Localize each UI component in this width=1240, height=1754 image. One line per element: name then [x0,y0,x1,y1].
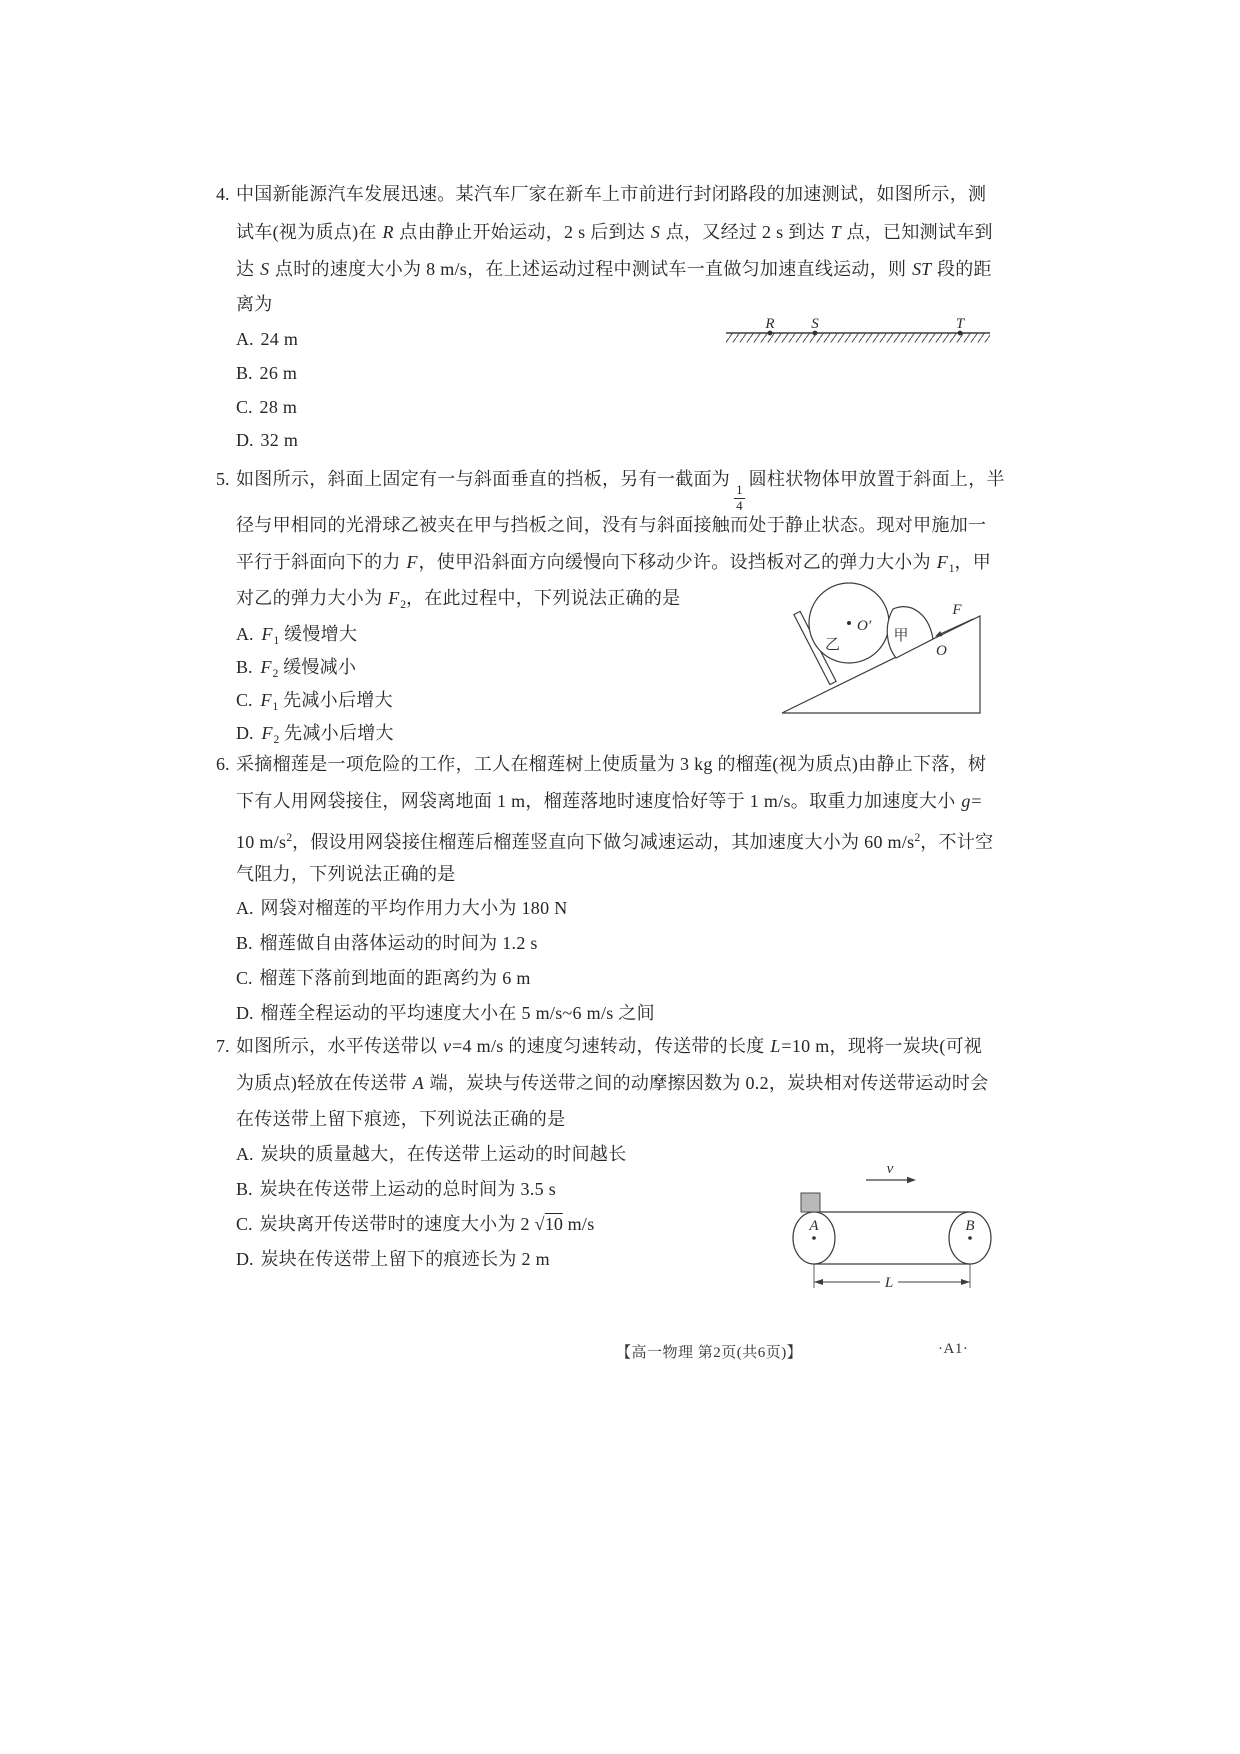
q6-number: 6. [216,752,230,776]
q7-stem-line-1: 7.如图所示，水平传送带以 v=4 m/s 的速度匀速转动，传送带的长度 L=1… [236,1034,982,1060]
q5-stem-line-2: 径与甲相同的光滑球乙被夹在甲与挡板之间，没有与斜面接触而处于静止状态。现对甲施加… [236,513,986,539]
q7-stem-line-2: 为质点)轻放在传送带 A 端，炭块与传送带之间的动摩擦因数为 0.2，炭块相对传… [236,1071,989,1097]
q7-option-d-label: D. [236,1249,254,1269]
q6-stem-text-2: 下有人用网袋接住，网袋离地面 1 m，榴莲落地时速度恰好等于 1 m/s。取重力… [236,791,982,811]
q5-fig-label-center: O′ [857,618,872,634]
q6-stem-text-3: 10 m/s2，假设用网袋接住榴莲后榴莲竖直向下做匀减速运动，其加速度大小为 6… [236,832,993,852]
q4-option-b: B.26 m [236,361,297,387]
q6-option-c-label: C. [236,968,253,988]
q4-option-a-text: 24 m [261,329,299,349]
q4-option-b-label: B. [236,363,253,383]
q4-fig-point-r [768,331,773,336]
q7-option-d-text: 炭块在传送带上留下的痕迹长为 2 m [261,1249,550,1269]
q6-option-d-text: 榴莲全程运动的平均速度大小在 5 m/s~6 m/s 之间 [261,1003,655,1023]
q4-stem-text-1: 中国新能源汽车发展迅速。某汽车厂家在新车上市前进行封闭路段的加速测试，如图所示，… [236,184,986,204]
q7-conveyor-figure: A B v L [780,1160,1005,1305]
q6-option-d: D.榴莲全程运动的平均速度大小在 5 m/s~6 m/s 之间 [236,1001,655,1027]
q6-option-a-label: A. [236,898,254,918]
q7-fig-block [801,1193,820,1212]
q4-fig-label-t: T [956,316,966,332]
q4-stem-line-2: 试车(视为质点)在 R 点由静止开始运动，2 s 后到达 S 点，又经过 2 s… [236,220,993,246]
q5-fig-center-dot [847,621,851,625]
q7-fig-label-b: B [965,1218,974,1234]
q7-option-d: D.炭块在传送带上留下的痕迹长为 2 m [236,1247,550,1273]
q5-option-b-label: B. [236,657,253,677]
q6-option-b-text: 榴莲做自由落体运动的时间为 1.2 s [260,933,538,953]
q5-option-d-text: F2 先减小后增大 [261,723,394,743]
q7-option-a-text: 炭块的质量越大，在传送带上运动的时间越长 [261,1144,627,1164]
q6-option-c: C.榴莲下落前到地面的距离约为 6 m [236,966,531,992]
q6-option-d-label: D. [236,1003,254,1023]
q7-fig-label-v: v [887,1161,894,1177]
q4-option-c-text: 28 m [260,397,298,417]
q7-stem-text-1: 如图所示，水平传送带以 v=4 m/s 的速度匀速转动，传送带的长度 L=10 … [236,1036,982,1056]
q5-incline-figure: O′ 乙 甲 F O [770,573,998,730]
q7-fig-right-pulley-dot [968,1236,972,1240]
q6-stem-line-2: 下有人用网袋接住，网袋离地面 1 m，榴莲落地时速度恰好等于 1 m/s。取重力… [236,789,982,815]
q4-option-a-label: A. [236,329,254,349]
q4-fig-point-s [813,331,818,336]
q5-option-a-text: F1 缓慢增大 [261,624,358,644]
q5-stem-text-3: 平行于斜面向下的力 F，使甲沿斜面方向缓慢向下移动少许。设挡板对乙的弹力大小为 … [236,552,991,572]
q6-stem-text-4: 气阻力，下列说法正确的是 [236,864,456,884]
q5-fig-force-arrowhead [935,631,943,637]
q5-option-c-text: F1 先减小后增大 [260,690,393,710]
q5-stem-text-4: 对乙的弹力大小为 F2，在此过程中，下列说法正确的是 [236,588,680,608]
q7-number: 7. [216,1034,230,1058]
q7-option-b: B.炭块在传送带上运动的总时间为 3.5 s [236,1177,556,1203]
q4-road-figure: R S T [722,308,994,357]
q4-stem-text-2: 试车(视为质点)在 R 点由静止开始运动，2 s 后到达 S 点，又经过 2 s… [236,222,993,242]
q4-option-d-text: 32 m [261,430,299,450]
q4-fig-label-r: R [764,316,774,332]
q7-option-b-label: B. [236,1179,253,1199]
q6-option-a: A.网袋对榴莲的平均作用力大小为 180 N [236,896,568,922]
q4-option-c: C.28 m [236,395,297,421]
q4-stem-line-4: 离为 [236,292,273,318]
q4-option-b-text: 26 m [260,363,298,383]
footer-version-code: ·A1· [938,1341,968,1358]
q4-stem-line-3: 达 S 点时的速度大小为 8 m/s，在上述运动过程中测试车一直做匀加速直线运动… [236,257,992,283]
q7-fig-dim-arrow-left [814,1279,823,1285]
q5-option-a: A.F1 缓慢增大 [236,622,357,648]
q6-option-a-text: 网袋对榴莲的平均作用力大小为 180 N [261,898,568,918]
q4-fig-point-t [958,331,963,336]
q4-option-d: D.32 m [236,428,298,454]
q5-stem-line-4: 对乙的弹力大小为 F2，在此过程中，下列说法正确的是 [236,586,680,612]
q5-option-b-text: F2 缓慢减小 [260,657,357,677]
q7-fig-left-pulley-dot [812,1236,816,1240]
q5-option-b: B.F2 缓慢减小 [236,655,356,681]
q6-option-c-text: 榴莲下落前到地面的距离约为 6 m [260,968,531,988]
exam-page: 4.中国新能源汽车发展迅速。某汽车厂家在新车上市前进行封闭路段的加速测试，如图所… [0,0,1240,1754]
q5-option-c: C.F1 先减小后增大 [236,688,393,714]
q4-option-d-label: D. [236,430,254,450]
q4-option-a: A.24 m [236,327,298,353]
q5-option-d: D.F2 先减小后增大 [236,721,394,747]
q7-option-c: C.炭块离开传送带时的速度大小为 2 √10 m/s [236,1212,595,1238]
q6-option-b-label: B. [236,933,253,953]
q6-stem-line-4: 气阻力，下列说法正确的是 [236,862,456,888]
q7-stem-text-2: 为质点)轻放在传送带 A 端，炭块与传送带之间的动摩擦因数为 0.2，炭块相对传… [236,1073,989,1093]
q7-fig-speed-arrowhead [907,1177,916,1183]
q5-fig-label-jia: 甲 [893,627,908,644]
q5-stem-line-1: 5.如图所示，斜面上固定有一与斜面垂直的挡板，另有一截面为14圆柱状物体甲放置于… [236,467,1005,493]
q6-stem-line-1: 6.采摘榴莲是一项危险的工作，工人在榴莲树上使质量为 3 kg 的榴莲(视为质点… [236,752,986,778]
q5-option-a-label: A. [236,624,254,644]
q4-fig-label-s: S [811,316,819,332]
q5-stem-text-2: 径与甲相同的光滑球乙被夹在甲与挡板之间，没有与斜面接触而处于静止状态。现对甲施加… [236,515,986,535]
q7-option-a: A.炭块的质量越大，在传送带上运动的时间越长 [236,1142,627,1168]
q6-stem-line-3: 10 m/s2，假设用网袋接住榴莲后榴莲竖直向下做匀减速运动，其加速度大小为 6… [236,826,993,852]
q7-stem-text-3: 在传送带上留下痕迹，下列说法正确的是 [236,1109,565,1129]
q7-option-c-text: 炭块离开传送带时的速度大小为 2 √10 m/s [260,1214,595,1234]
q5-number: 5. [216,467,230,491]
q7-fig-label-a: A [808,1218,819,1234]
q4-stem-text-4: 离为 [236,294,273,314]
q7-stem-line-3: 在传送带上留下痕迹，下列说法正确的是 [236,1107,565,1133]
q5-fig-label-corner: O [936,643,947,659]
q7-fig-label-l: L [884,1275,893,1291]
q7-option-b-text: 炭块在传送带上运动的总时间为 3.5 s [260,1179,557,1199]
q4-fig-road-hatch [726,334,990,343]
q6-option-b: B.榴莲做自由落体运动的时间为 1.2 s [236,931,538,957]
q5-fig-label-force: F [951,602,962,618]
q6-stem-text-1: 采摘榴莲是一项危险的工作，工人在榴莲树上使质量为 3 kg 的榴莲(视为质点)由… [236,754,986,774]
q7-fig-dim-arrow-right [961,1279,970,1285]
q5-stem-text-1: 如图所示，斜面上固定有一与斜面垂直的挡板，另有一截面为14圆柱状物体甲放置于斜面… [236,469,1005,489]
q7-option-a-label: A. [236,1144,254,1164]
q4-stem-line-1: 4.中国新能源汽车发展迅速。某汽车厂家在新车上市前进行封闭路段的加速测试，如图所… [236,182,986,208]
q5-option-c-label: C. [236,690,253,710]
q4-option-c-label: C. [236,397,253,417]
q5-fig-label-yi: 乙 [825,637,840,653]
q4-number: 4. [216,182,230,206]
footer-page-info: 【高一物理 第2页(共6页)】 [616,1341,802,1362]
q4-stem-text-3: 达 S 点时的速度大小为 8 m/s，在上述运动过程中测试车一直做匀加速直线运动… [236,259,992,279]
q5-option-d-label: D. [236,723,254,743]
q7-option-c-label: C. [236,1214,253,1234]
